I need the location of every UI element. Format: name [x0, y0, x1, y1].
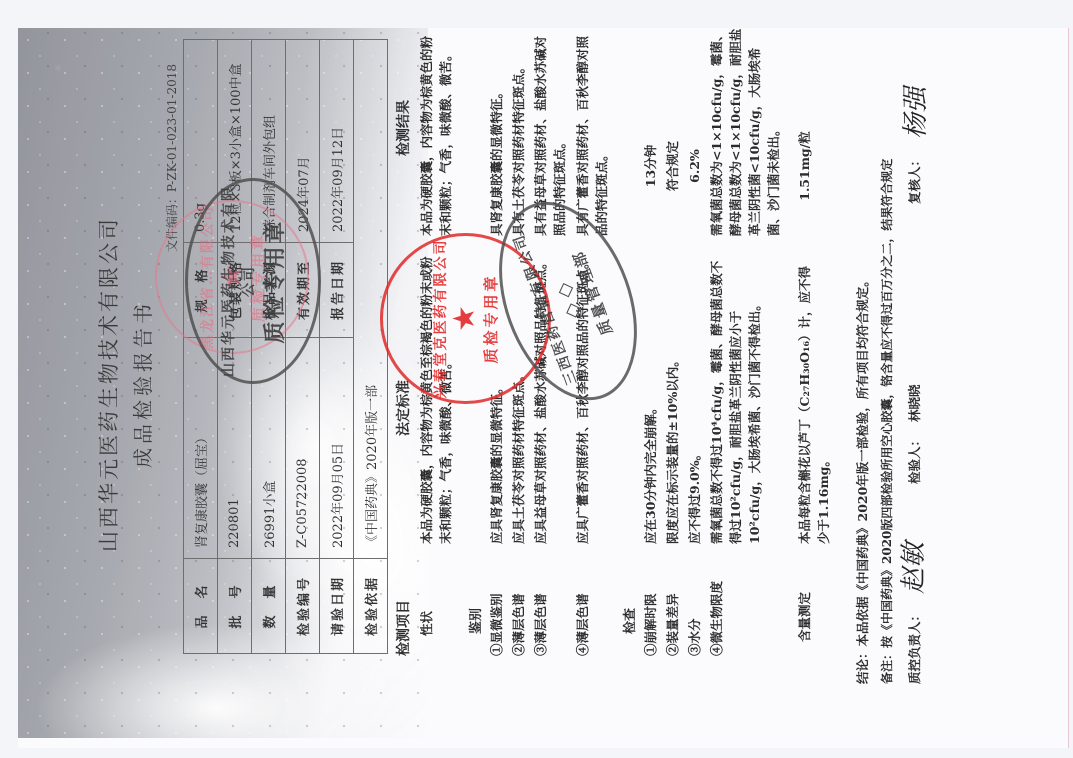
value-request-date: 2022年09月05日 — [320, 338, 354, 559]
reviewer-label: 复核人： — [905, 154, 923, 204]
group-inspection: 检查 — [619, 608, 638, 634]
item-label: ①崩解时限 — [641, 552, 660, 656]
qc-head-label: 质控负责人： — [905, 609, 923, 684]
result-text: 具有广藿香对照药材、百秋李醇对照品的特征斑点。 — [573, 26, 611, 236]
standard-text: 应不得过9.0%。 — [685, 254, 704, 544]
result-character: 本品为硬胶囊，内容物为棕黄色的粉末和颗粒；气香，味微酸、微苦。 — [417, 26, 455, 236]
item-assay: 含量测定 — [795, 538, 814, 656]
result-assay: 1.51mg/粒 — [795, 96, 814, 236]
star-icon: ★ — [450, 305, 480, 332]
header-standard: 法定标准 — [393, 380, 413, 436]
result-text: 13分钟 — [641, 96, 660, 236]
group-identification: 鉴别 — [465, 608, 484, 634]
value-product-name: 肾复康胶囊（屈宝） — [184, 338, 218, 559]
table-row: 请验日期 2022年09月05日 报告日期 2022年09月12日 — [320, 40, 354, 654]
inspector-name: 林晓晓 — [905, 384, 923, 422]
item-character: 性状 — [417, 532, 436, 656]
result-text: 符合规定 — [663, 96, 682, 236]
company-qc-oval-stamp: 山西华元医药生物技术有限公司 质检专用章 — [185, 178, 321, 384]
standard-text: 需氧菌总数不得过10⁴cfu/g，霉菌、酵母菌总数不得过10²cfu/g，耐胆盐… — [707, 254, 764, 544]
item-label: ③水分 — [685, 552, 704, 656]
result-text: 6.2% — [685, 96, 704, 236]
label-basis: 检验依据 — [354, 559, 388, 654]
label-request-date: 请验日期 — [320, 559, 354, 654]
result-text: 具有土茯苓对照药材特征斑点。 — [509, 26, 528, 236]
standard-text: 限度应在标示装量的±10%以内。 — [663, 254, 682, 544]
standard-text: 应在30分钟内完全崩解。 — [641, 254, 660, 544]
result-text: 具肾复康胶囊的显微特征。 — [487, 26, 506, 236]
inspector-label: 检验人： — [905, 434, 923, 484]
value-report-date: 2022年09月12日 — [320, 40, 354, 243]
company-name: 山西华元医药生物技术有限公司 — [93, 24, 123, 744]
report-title: 成品检验报告书 — [127, 24, 156, 744]
label-report-date: 报告日期 — [320, 243, 354, 338]
table-row: 检验依据 《中国药典》2020年版一部 — [354, 40, 388, 654]
item-label: ②薄层色谱 — [509, 552, 528, 656]
inspection-report-page: 山西华元医药生物技术有限公司 成品检验报告书 文件编码：P-ZK-01-023-… — [35, 24, 995, 744]
item-label: ③薄层色谱 — [531, 552, 550, 656]
item-label: ④微生物限度 — [707, 552, 726, 656]
item-label: ②装量差异 — [663, 552, 682, 656]
label-inspection-no: 检验编号 — [286, 559, 320, 654]
header-result: 检测结果 — [393, 100, 413, 156]
value-inspection-no: Z-C05722008 — [286, 338, 320, 559]
standard-assay: 本品每粒含槲花以芦丁（C₂₇H₃₀O₁₆）计，应不得少于1.16mg。 — [795, 254, 833, 544]
label-batch: 批 号 — [218, 559, 252, 654]
item-label: ④薄层色谱 — [573, 552, 592, 656]
label-quantity: 数 量 — [252, 559, 286, 654]
header-item: 检测项目 — [393, 600, 413, 656]
qc-head-signature: 赵敏 — [893, 542, 930, 594]
result-text: 需氧菌总数为<1×10cfu/g，霉菌、酵母菌总数为<1×10cfu/g，耐胆盐… — [707, 26, 783, 236]
stamp-text: 质检专用章 — [480, 274, 501, 364]
label-product-name: 品 名 — [184, 559, 218, 654]
reviewer-signature: 杨强 — [895, 87, 932, 139]
item-label: ①显微鉴别 — [487, 552, 506, 656]
conclusion-text: 结论：本品依据《中国药典》2020年版一部检验，所有项目均符合规定。 — [853, 44, 873, 684]
stamp-text: 山西华元医药生物技术有限公司 — [218, 181, 258, 381]
stamp-text: 质检专用章 — [258, 219, 289, 344]
